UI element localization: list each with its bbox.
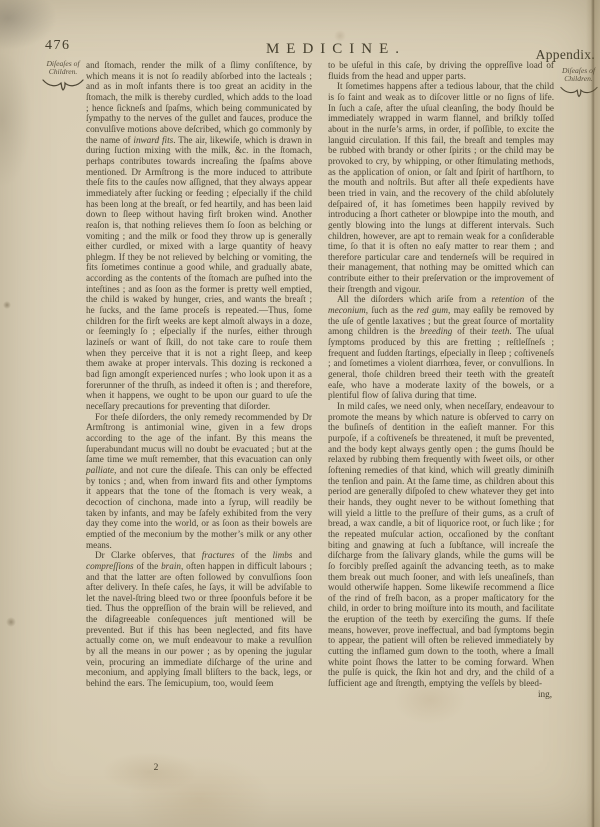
column-paragraphs: to be uſeful in this caſe, by driving th…	[328, 60, 554, 689]
running-title: MEDICINE.	[266, 41, 406, 58]
paragraph: In mild caſes, we need only, when neceſſ…	[328, 401, 554, 689]
column-paragraphs: and ſtomach, render the milk of a ſlimy …	[86, 60, 312, 689]
sidenote-text: Children.	[558, 75, 599, 83]
text-column-right: to be uſeful in this caſe, by driving th…	[328, 60, 554, 699]
paragraph: Dr Clarke obſerves, that fractures of th…	[86, 550, 312, 689]
paragraph: It ſometimes happens after a tedious lab…	[328, 81, 554, 294]
sidenote-text: Children.	[36, 68, 90, 76]
sidenote-right: Diſeaſes of Children.	[558, 67, 599, 98]
page-number: 476	[45, 38, 71, 54]
paragraph: and ſtomach, render the milk of a ſlimy …	[86, 60, 312, 412]
paragraph: For theſe diſorders, the only remedy rec…	[86, 412, 312, 551]
signature-mark: 2	[146, 763, 166, 773]
sidenote-left: Diſeaſes of Children.	[36, 60, 90, 91]
book-page: 476 MEDICINE. Appendix. Diſeaſes of Chil…	[0, 0, 600, 827]
paragraph: to be uſeful in this caſe, by driving th…	[328, 60, 554, 81]
underbrace-icon	[42, 78, 84, 91]
page-edge-shadow	[586, 0, 600, 827]
paragraph: All the diſorders which ariſe from a ret…	[328, 294, 554, 401]
text-column-left: and ſtomach, render the milk of a ſlimy …	[86, 60, 312, 689]
underbrace-icon	[560, 85, 598, 98]
catchword: ing,	[328, 689, 554, 700]
